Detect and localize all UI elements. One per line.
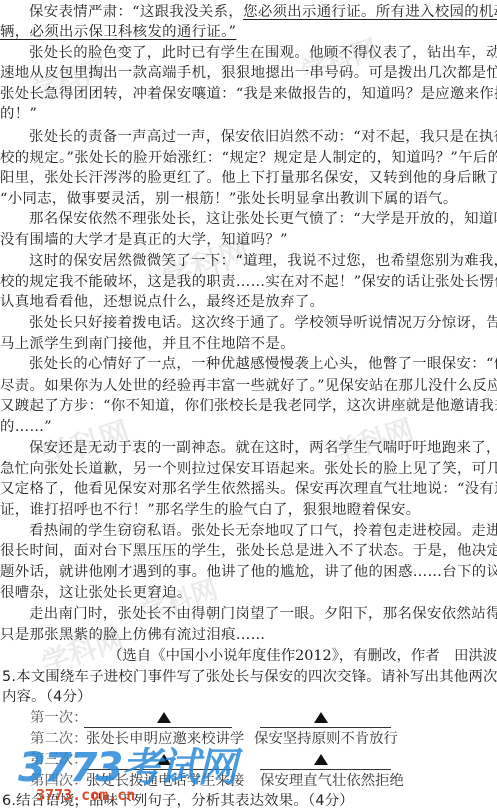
passage-line: 急忙向张处长道歉，另一个则拉过保安耳语起来。张处长的脸上见了笑，可几秒钟: [0, 459, 497, 479]
passage-line: 尽责。如果你为人处世的经验再丰富一些就好了。”见保安站在那儿没什么反应，: [0, 376, 497, 396]
answer-row-label: 第一次：: [30, 708, 88, 728]
answer-row-label: 第三次：: [30, 750, 88, 770]
answer-blank-left[interactable]: [84, 769, 232, 770]
passage-line: 这时的保安居然微微笑了一下：“道理，我说不过您，也希望您别为难我，学: [0, 251, 497, 271]
answer-text-left: 张处长申明应邀来校讲学: [86, 729, 244, 749]
passage-line: 走出南门时，张处长不由得朝门岗望了一眼。夕阳下，那名保安依然站得笔挺，: [0, 604, 497, 624]
blank-marker-triangle-icon: [157, 754, 171, 765]
passage-line: 张处长急得团团转，冲着保安嚷道：“我是来做报告的，知道吗？是应邀来作报告: [0, 84, 497, 104]
answer-text-right: 保安坚持原则不肯放行: [254, 729, 398, 749]
answer-row-4: 第四次： 张处长拨通电话学生来接 保安理直气壮依然拒绝: [30, 771, 470, 791]
blank-marker-triangle-icon: [314, 754, 328, 765]
answer-row-label: 第二次：: [30, 729, 88, 749]
underlined-sentence: 您必须出示通行证。所有进入校园的机动车: [243, 4, 497, 20]
passage-line: 认真地看看他，还想说点什么，最终还是放弃了。: [0, 292, 497, 312]
blank-marker-triangle-icon: [314, 712, 328, 723]
answer-row-label: 第四次：: [30, 771, 88, 791]
passage-line: 很长时间，面对台下黑压压的学生，张处长总是进入不了状态。于是，他决定来个: [0, 541, 497, 561]
underlined-sentence: 辆，必须出示保卫科核发的通行证。”: [0, 24, 236, 40]
answer-row-1: 第一次：: [30, 708, 470, 728]
passage-line: 很嘈杂，这让张处长更窘迫。: [0, 583, 497, 603]
answer-blank-left[interactable]: [84, 727, 232, 728]
passage-line: 题外话，就讲他刚才遇到的事。他讲了他的尴尬，讲了他的困惑……台下的议论声: [0, 562, 497, 582]
source-citation: （选自《中国小小说年度佳作2012》，有删改，作者 田洪波）: [108, 646, 497, 666]
passage-line: 校的规定。”张处长的脸开始涨红：“规定？规定是人制定的，知道吗？”午后的骄: [0, 148, 497, 168]
passage-line: 又定格了，他看见保安对那名学生依然摇头。保安再次理直气壮地说：“没有通行: [0, 479, 497, 499]
passage-line: 那名保安依然不理张处长，这让张处长更气愤了：“大学是开放的，知道吗？: [0, 209, 497, 229]
passage-line: 张处长的脸色变了，此时已有学生在围观。他顾不得仪表了，钻出车，动作迅: [0, 43, 497, 63]
passage-line: 校的规定我不能破坏，这是我的职责……实在对不起！”保安的话让张处长愣住了，: [0, 272, 497, 292]
passage-line: 看热闹的学生窃窃私语。张处长无奈地叹了口气，拎着包走进校园。走进教室: [0, 521, 497, 541]
passage-line: 又踱起了方步：“你不知道，你们张校长是我老同学，这次讲座就是他邀请我来: [0, 396, 497, 416]
question-5-prompt: 5.本文围绕车子进校门事件写了张处长与保安的四次交锋。请补写出其他两次交锋: [2, 667, 497, 687]
passage-line: 的……”: [0, 417, 497, 437]
blank-marker-triangle-icon: [157, 712, 171, 723]
answer-row-2: 第二次： 张处长申明应邀来校讲学 保安坚持原则不肯放行: [30, 729, 470, 749]
answer-text-left: 张处长拨通电话学生来接: [86, 771, 244, 791]
passage-line: 张处长只好接着拨电话。这次终于通了。学校领导听说情况万分惊讶，告知他: [0, 313, 497, 333]
passage-line: 张处长的责备一声高过一声，保安依旧岿然不动：“对不起，我只是在执行学: [0, 127, 497, 147]
answer-row-3: 第三次：: [30, 750, 470, 770]
passage-line: 证，谁打招呼也不行！”那名学生的脸气白了，狠狠地瞪着保安。: [0, 500, 497, 520]
passage-line: 速地从皮包里掏出一款高端手机，狠狠地摁出一串号码。可是拨出几次都是忙音。: [0, 63, 497, 83]
passage-line: “小同志，做事要灵活，别一根筋！”张处长明显拿出教训下属的语气。: [0, 189, 497, 209]
answer-blank-right[interactable]: [260, 769, 391, 770]
passage-line: 保安表情严肃：“这跟我没关系，您必须出示通行证。所有进入校园的机动车: [0, 2, 497, 22]
passage-line: 的！”: [0, 104, 497, 124]
passage-text: 保安表情严肃：“这跟我没关系，: [29, 4, 243, 20]
passage-line: 张处长的心情好了一点，一种优越感慢慢袭上心头，他瞥了一眼保安：“你很: [0, 354, 497, 374]
exam-page: 学科网 学科网 学科网 学科网 学科网 学科网 学科网 保安表情严肃：“这跟我没…: [0, 0, 497, 811]
passage-line: 没有围墙的大学才是真正的大学，知道吗？”: [0, 230, 497, 250]
question-5-prompt-cont: 内容。（4分）: [2, 687, 92, 707]
answer-blank-right[interactable]: [260, 727, 391, 728]
answer-text-right: 保安理直气壮依然拒绝: [260, 771, 404, 791]
passage-line: 马上派学生到南门接他，并且不住地陪不是。: [0, 334, 497, 354]
passage-line: 保安还是无动于衷的一副神态。就在这时，两名学生气喘吁吁地跑来了，一个: [0, 438, 497, 458]
passage-line: 辆，必须出示保卫科核发的通行证。”: [0, 22, 497, 42]
passage-line: 阳里，张处长汗涔涔的脸更红了。他上下打量那名保安，又转到他的身后瞅了瞅：: [0, 168, 497, 188]
question-6-prompt: 6.结合语境，品味下列句子，分析其表达效果。（4分）: [2, 791, 354, 811]
passage-line: 只是那张黑紫的脸上仿佛有流过泪痕……: [0, 625, 497, 645]
